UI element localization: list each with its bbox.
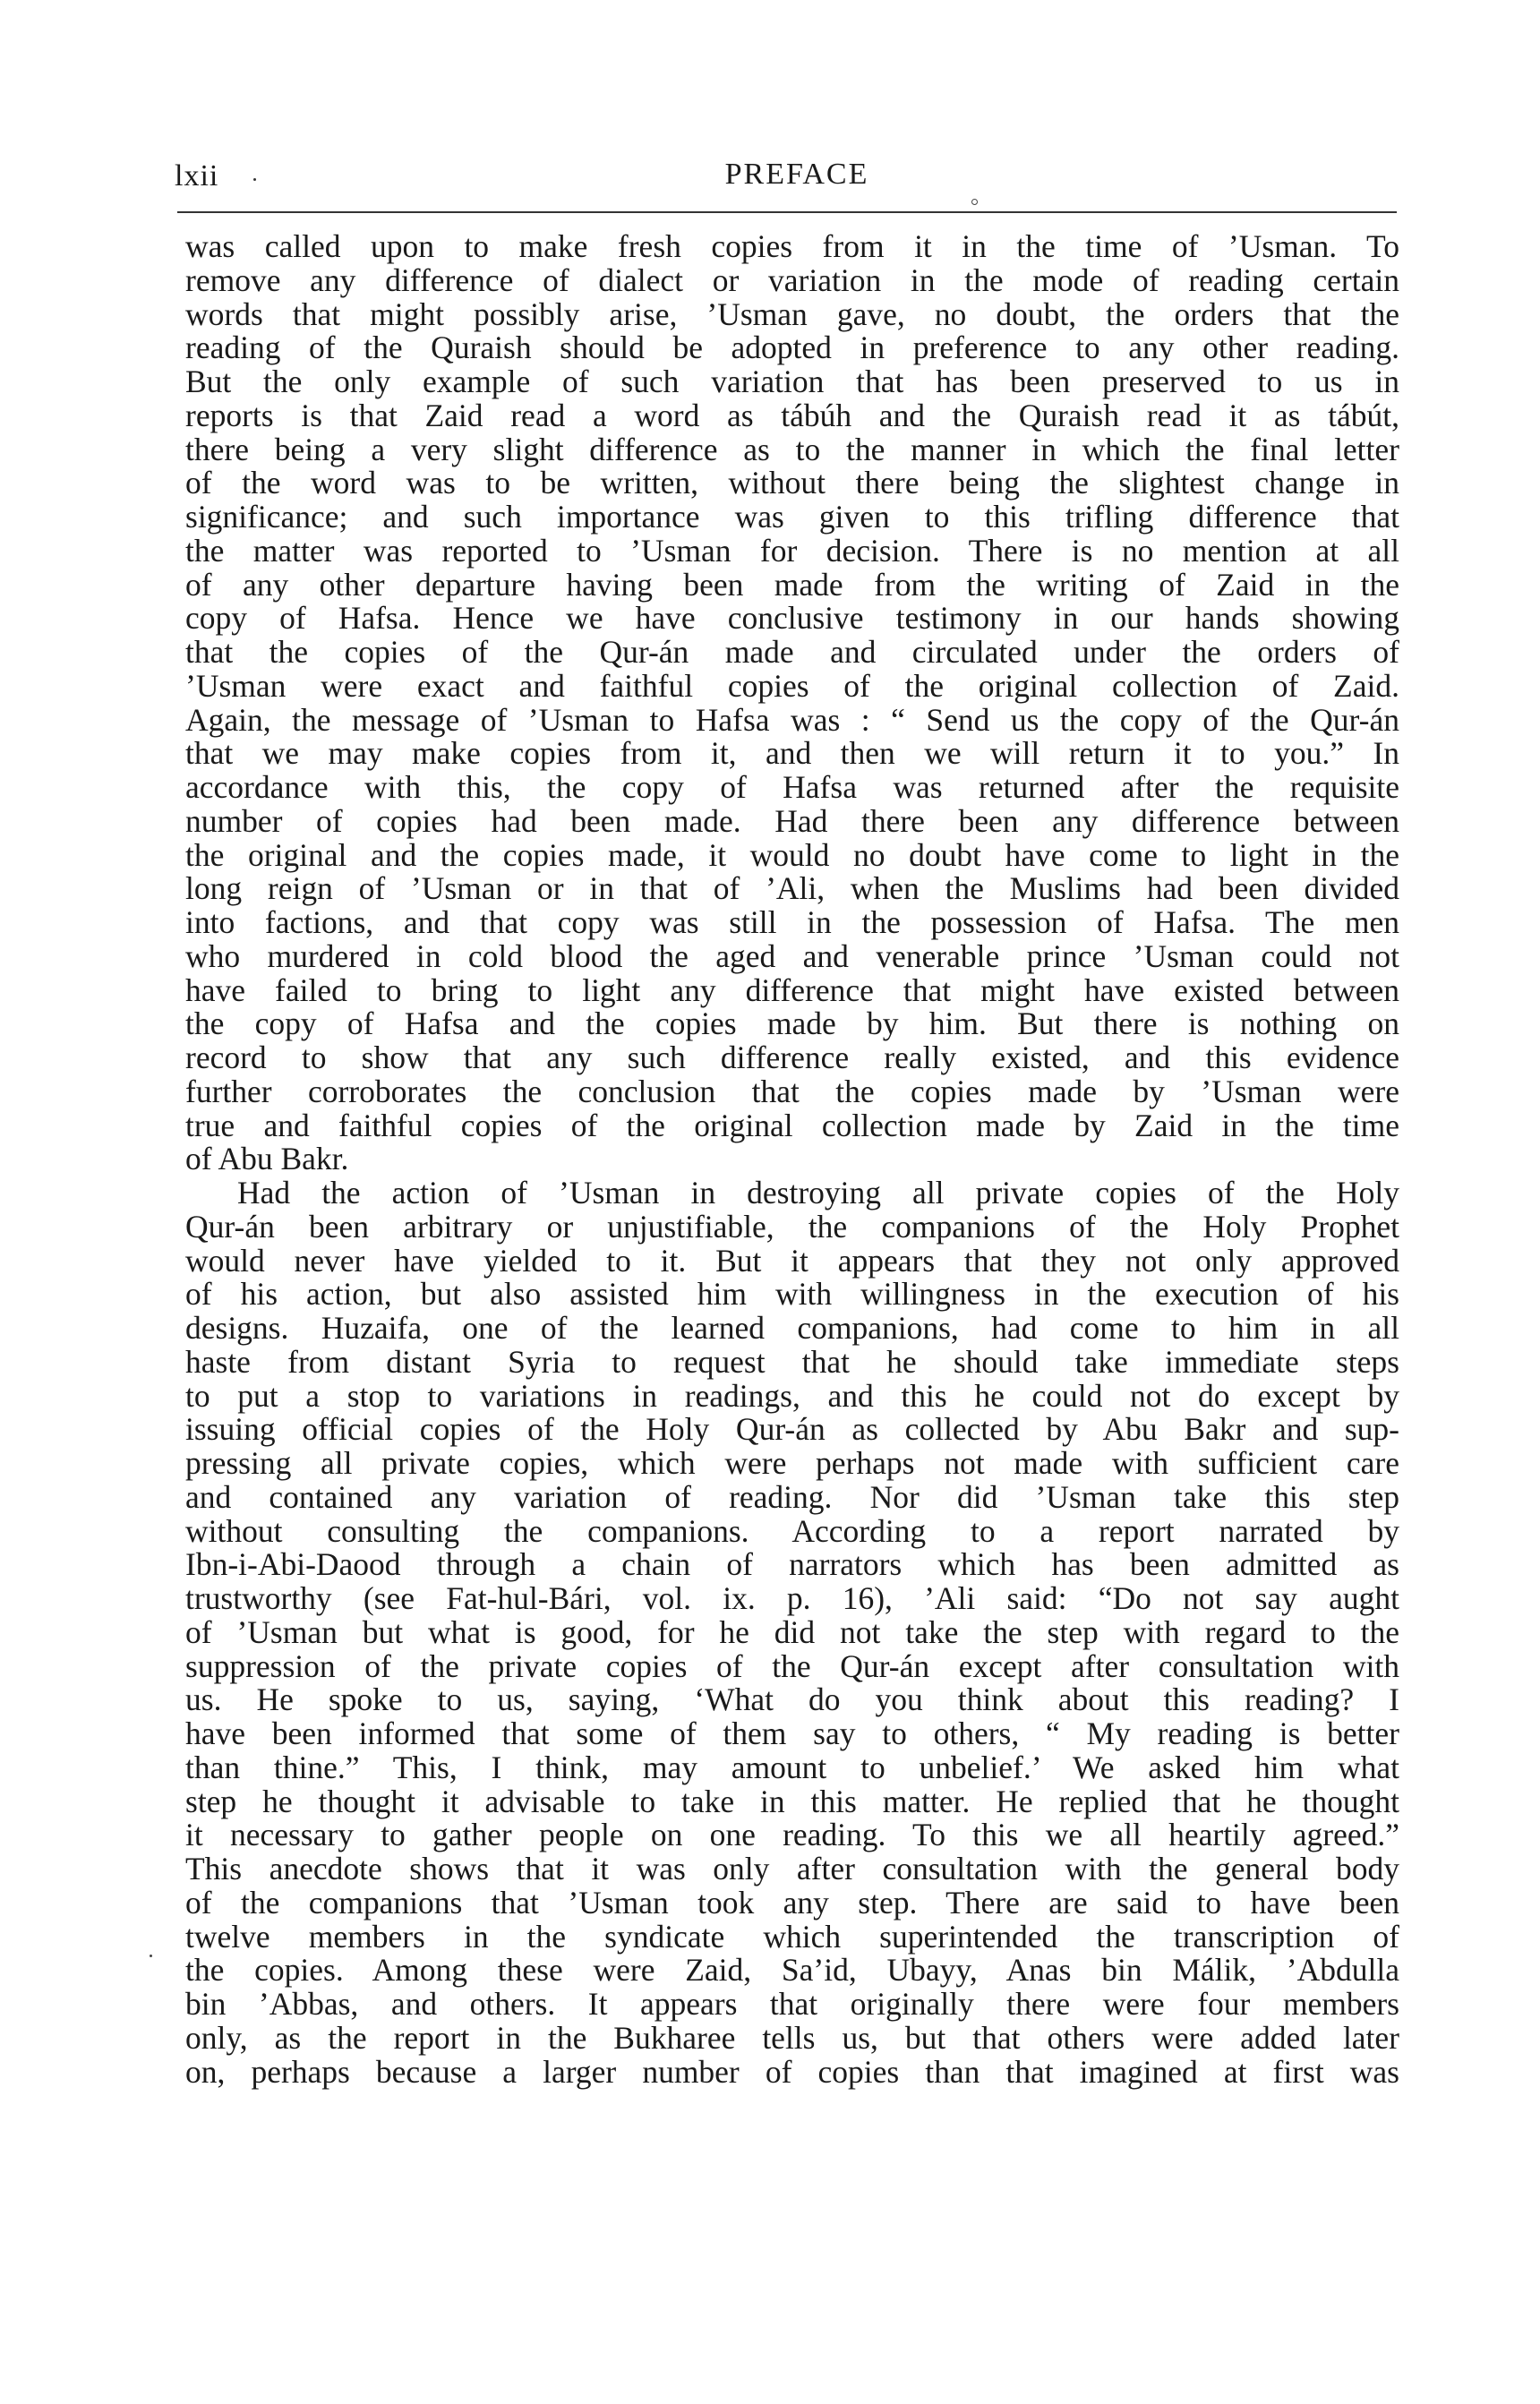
speck-mark [1377,1230,1380,1233]
text-line: would never have yielded to it. But it a… [185,1245,1399,1279]
text-line: it necessary to gather people on one rea… [185,1818,1399,1852]
text-line: on, perhaps because a larger number of c… [185,2056,1399,2090]
text-line: ’Usman were exact and faithful copies of… [185,670,1399,704]
text-line: issuing official copies of the Holy Qur-… [185,1413,1399,1447]
text-line: pressing all private copies, which were … [185,1447,1399,1481]
text-line: reports is that Zaid read a word as tábú… [185,399,1399,433]
text-line: Qur-án been arbitrary or unjustifiable, … [185,1211,1399,1245]
text-line: there being a very slight difference as … [185,433,1399,467]
text-line: words that might possibly arise, ’Usman … [185,298,1399,332]
text-line: This anecdote shows that it was only aft… [185,1852,1399,1886]
text-line: step he thought it advisable to take in … [185,1785,1399,1819]
text-line: But the only example of such variation t… [185,365,1399,399]
running-head: PREFACE [0,158,1540,192]
text-line: copy of Hafsa. Hence we have conclusive … [185,602,1399,636]
text-line: of the word was to be written, without t… [185,466,1399,500]
book-page: lxii PREFACE was called upon to make fre… [0,0,1540,2404]
text-line: Again, the message of ’Usman to Hafsa wa… [185,704,1399,738]
text-line: the copies. Among these were Zaid, Sa’id… [185,1954,1399,1988]
text-line: and contained any variation of reading. … [185,1481,1399,1515]
speck-mark [971,199,978,205]
text-line: us. He spoke to us, saying, ‘What do you… [185,1683,1399,1717]
text-line: have failed to bring to light any differ… [185,974,1399,1008]
body-text: was called upon to make fresh copies fro… [185,230,1399,2089]
text-line: number of copies had been made. Had ther… [185,805,1399,839]
text-line: designs. Huzaifa, one of the learned com… [185,1312,1399,1346]
text-line: to put a stop to variations in readings,… [185,1380,1399,1414]
text-line: long reign of ’Usman or in that of ’Ali,… [185,872,1399,906]
paragraph-end-line: of Abu Bakr. [185,1142,1399,1176]
text-line: the copy of Hafsa and the copies made by… [185,1007,1399,1041]
text-line: only, as the report in the Bukharee tell… [185,2022,1399,2056]
text-line: of ’Usman but what is good, for he did n… [185,1616,1399,1650]
text-line: twelve members in the syndicate which su… [185,1921,1399,1955]
text-line: into factions, and that copy was still i… [185,906,1399,940]
text-line: than thine.” This, I think, may amount t… [185,1751,1399,1785]
text-line: record to show that any such difference … [185,1041,1399,1075]
text-line: haste from distant Syria to request that… [185,1346,1399,1380]
text-line: without consulting the companions. Accor… [185,1515,1399,1549]
text-line: further corroborates the conclusion that… [185,1075,1399,1109]
paragraph-start-line: Had the action of ’Usman in destroying a… [185,1176,1399,1211]
speck-mark [150,1955,152,1957]
text-line: that the copies of the Qur-án made and c… [185,636,1399,670]
speck-mark [253,178,256,181]
text-line: was called upon to make fresh copies fro… [185,230,1399,264]
text-line: the original and the copies made, it wou… [185,839,1399,873]
text-line: of the companions that ’Usman took any s… [185,1886,1399,1921]
text-line: true and faithful copies of the original… [185,1109,1399,1143]
text-line: the matter was reported to ’Usman for de… [185,535,1399,569]
text-line: Ibn-i-Abi-Daood through a chain of narra… [185,1548,1399,1582]
text-line: of any other departure having been made … [185,569,1399,603]
header-rule [177,211,1397,213]
text-line: have been informed that some of them say… [185,1717,1399,1751]
text-line: accordance with this, the copy of Hafsa … [185,771,1399,805]
text-line: suppression of the private copies of the… [185,1650,1399,1684]
text-line: reading of the Quraish should be adopted… [185,331,1399,365]
text-line: trustworthy (see Fat-hul-Bári, vol. ix. … [185,1582,1399,1616]
text-line: bin ’Abbas, and others. It appears that … [185,1988,1399,2022]
text-line: remove any difference of dialect or vari… [185,264,1399,298]
text-line: that we may make copies from it, and the… [185,737,1399,771]
text-line: significance; and such importance was gi… [185,500,1399,535]
text-line: who murdered in cold blood the aged and … [185,940,1399,974]
text-line: of his action, but also assisted him wit… [185,1278,1399,1312]
